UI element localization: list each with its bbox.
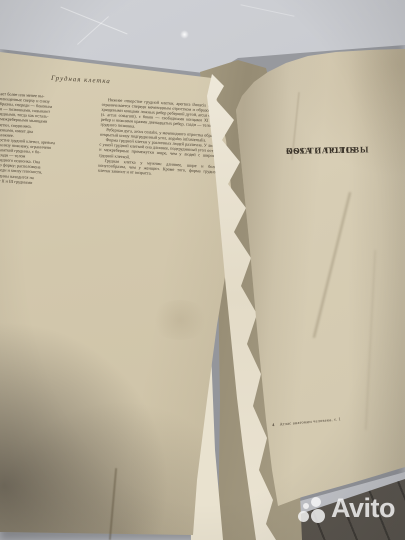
right-text-column: Нижнее отверстие грудной клетки, apertur… [97, 97, 222, 195]
photo-open-book: Грудная клетка нает более или менее вы-с… [0, 0, 405, 540]
page-crease [365, 250, 375, 430]
table-highlight [180, 30, 189, 39]
avito-watermark: Avito [297, 493, 403, 535]
signature-number: 4 [272, 422, 275, 427]
table-scratch [240, 4, 294, 16]
two-column-text: нает более или менее вы-сплющенные сверх… [0, 91, 226, 195]
left-page-text-block: Грудная клетка нает более или менее вы-с… [0, 60, 232, 372]
page-crease [313, 192, 351, 338]
avito-logo-icon [297, 496, 329, 528]
running-head: Грудная клетка [51, 75, 111, 85]
left-text-column: нает более или менее вы-сплющенные сверх… [0, 91, 94, 188]
chapter-title-latin: OSSA CAPITIS [286, 143, 356, 159]
avito-watermark-text: Avito [331, 493, 395, 524]
